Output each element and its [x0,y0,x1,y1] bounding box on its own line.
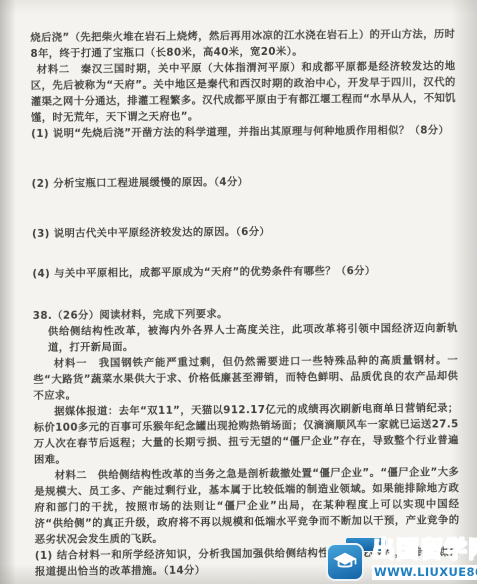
pol-material-1: 材料一 我国钢铁产能严重过剩，但仍然需要进口一些特殊品种的高质量钢材。一些“大路… [33,352,458,404]
geo-question-2: (2) 分析宝瓶口工程进展缓慢的原因。（4分） [32,172,457,192]
geo-question-3: (3) 说明古代关中平原经济较发达的原因。（6分） [32,222,457,242]
watermark-logo [326,543,364,581]
watermark-site-url: WWW.LIUXUE86.COM [372,565,477,580]
scanned-exam-photo: 烧后浇”（先把柴火堆在岩石上烧烤，然后再用冰凉的江水浇在岩石上）的开山方法，历时… [0,0,477,584]
geo-paragraph-continuation: 烧后浇”（先把柴火堆在岩石上烧烤，然后再用冰凉的江水浇在岩石上）的开山方法，历时… [30,26,455,62]
geo-question-1: (1) 说明“先烧后浇”开凿方法的科学道理，并指出其原理与何种地质作用相似？（8… [31,122,456,142]
liuxue86-watermark: 出国留学网 WWW.LIUXUE86.COM [325,536,477,584]
watermark-site-name: 出国留学网 [372,538,477,563]
exam-sheet: 烧后浇”（先把柴火堆在岩石上烧烤，然后再用冰凉的江水浇在岩石上）的开山方法，历时… [30,0,460,580]
graduation-cap-icon [331,548,359,576]
question-38-intro: 供给侧结构性改革，被海内外各界人士高度关注，此项改革将引领中国经济迈向新轨道，打… [48,320,458,356]
pol-media-report: 据媒体报道：去年“双11”，天猫以912.17亿元的成绩再次刷新电商单日营销纪录… [34,400,460,468]
geo-question-4: (4) 与关中平原相比，成都平原成为“天府”的优势条件有哪些？（6分） [32,262,457,282]
geo-material-2: 材料二 秦汉三国时期，关中平原（大体指渭河平原）和成都平原都是经济较发达的地区，… [31,58,457,126]
